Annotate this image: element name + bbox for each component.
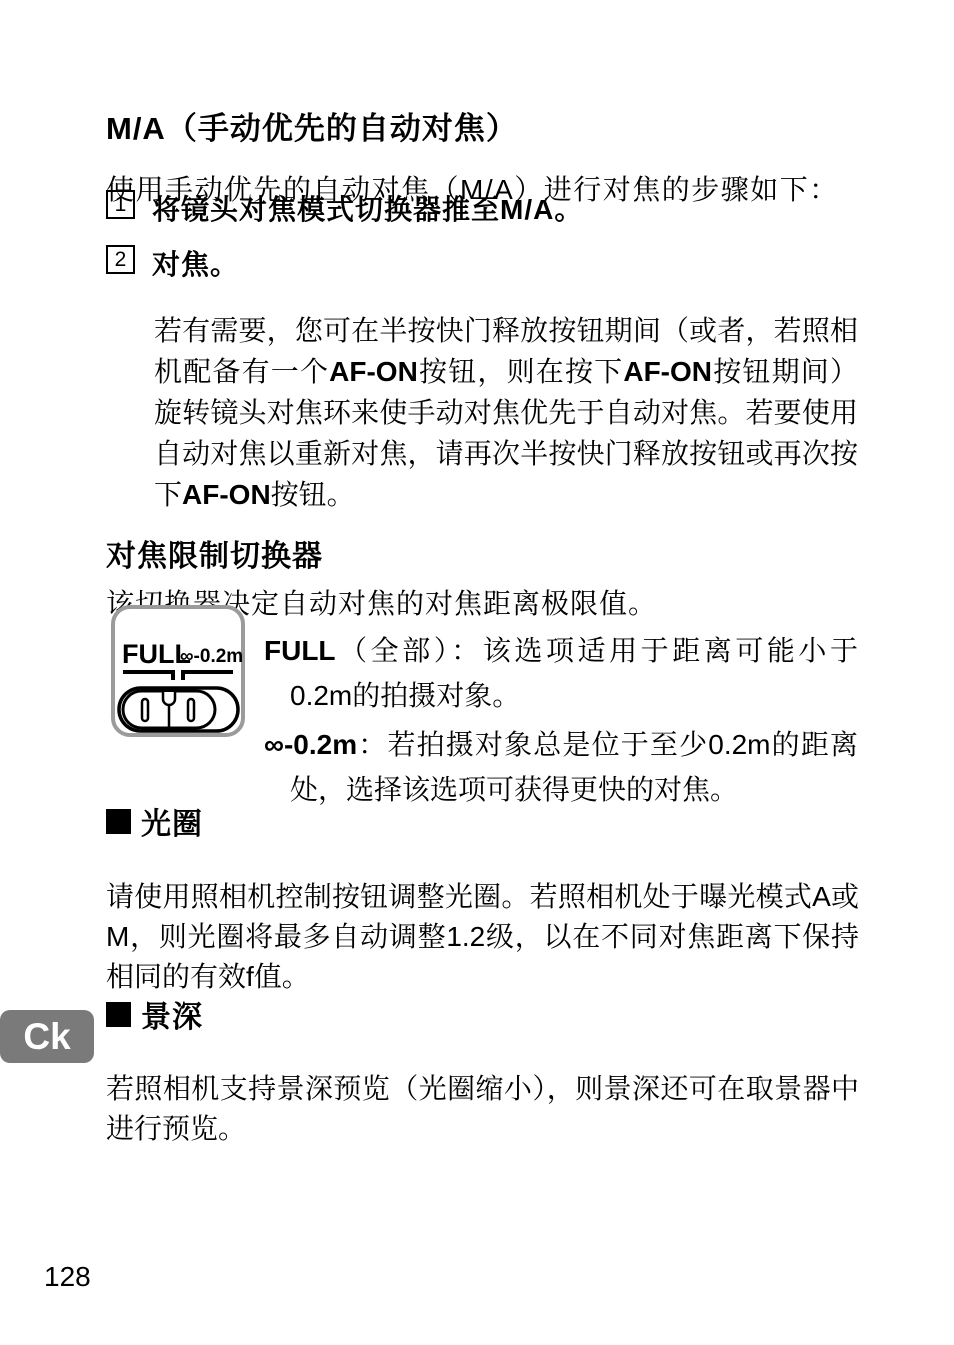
section-heading-aperture: 光圈	[106, 799, 203, 843]
step-1: 1 将镜头对焦模式切换器推至M/A。	[106, 188, 583, 228]
switch-label-range: ∞-0.2m	[180, 646, 243, 667]
section-heading-focus-limit: 对焦限制切换器	[106, 531, 323, 575]
switch-notch	[163, 692, 175, 705]
square-bullet-icon	[106, 809, 131, 834]
step-2-number-box: 2	[106, 245, 135, 274]
page-number: 128	[44, 1261, 91, 1293]
focus-limit-option-range: ∞-0.2m：若拍摄对象总是位于至少0.2m的距离处，选择该选项可获得更快的对焦…	[264, 722, 858, 812]
aperture-body-text: 请使用照相机控制按钮调整光圈。若照相机处于曝光模式A或M，则光圈将最多自动调整1…	[106, 877, 859, 997]
focus-limit-switch-icon: FULL ∞-0.2m	[110, 604, 246, 738]
step-1-number-box: 1	[106, 190, 135, 219]
section-heading-dof: 景深	[106, 992, 203, 1036]
dof-body-text: 若照相机支持景深预览（光圈缩小），则景深还可在取景器中进行预览。	[106, 1069, 859, 1149]
square-bullet-icon	[106, 1002, 131, 1027]
aperture-heading-label: 光圈	[141, 799, 203, 843]
chapter-side-tab: Ck	[0, 1010, 94, 1063]
step-2-label: 对焦。	[152, 243, 239, 283]
step-2-body-text: 若有需要，您可在半按快门释放按钮期间（或者，若照相机配备有一个AF-ON按钮，则…	[154, 310, 858, 515]
dof-heading-label: 景深	[141, 992, 203, 1036]
manual-page: M/A（手动优先的自动对焦） 使用手动优先的自动对焦（M/A）进行对焦的步骤如下…	[0, 0, 954, 1345]
step-2: 2 对焦。	[106, 243, 239, 283]
focus-limit-switch-figure: FULL ∞-0.2m	[110, 604, 246, 738]
step-1-label: 将镜头对焦模式切换器推至M/A。	[152, 188, 583, 228]
section-title-ma: M/A（手动优先的自动对焦）	[106, 103, 518, 148]
focus-limit-option-full: FULL（全部）：该选项适用于距离可能小于0.2m的拍摄对象。	[264, 628, 858, 718]
